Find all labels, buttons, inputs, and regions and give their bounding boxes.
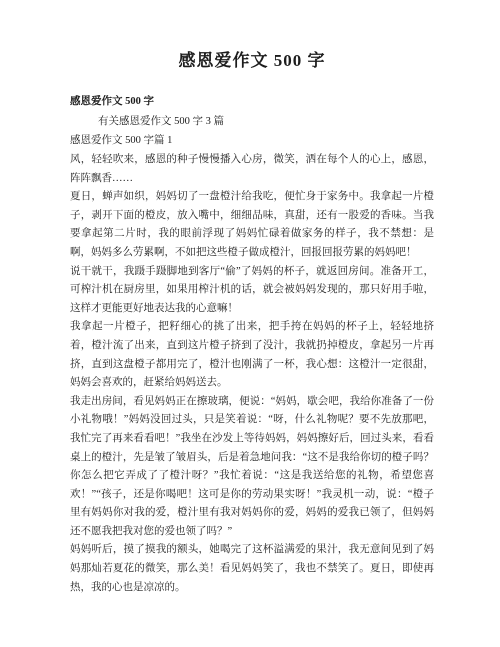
paragraph-1: 风，轻轻吹来，感恩的种子慢慢播入心房，微笑，洒在每个人的心上，感恩，阵阵飘香…… — [70, 151, 434, 188]
document-title: 感恩爱作文 500 字 — [70, 50, 434, 72]
paragraph-3: 说干就干，我蹑手蹑脚地到客厅“偷”了妈妈的杯子，就返回房间。准备开工，可榨汁机在… — [70, 263, 434, 319]
section-title: 感恩爱作文 500 字篇 1 — [70, 131, 434, 150]
paragraph-5: 我走出房间，看见妈妈正在擦玻璃，便说：“妈妈，歇会吧，我给你准备了一份小礼物哦！… — [70, 393, 434, 542]
document-heading: 感恩爱作文 500 字 — [70, 92, 434, 112]
paragraph-2: 夏日，蝉声如织，妈妈切了一盘橙汁给我吃，便忙身于家务中。我拿起一片橙子，剥开下面… — [70, 188, 434, 262]
document-page: 感恩爱作文 500 字 感恩爱作文 500 字 有关感恩爱作文 500 字 3 … — [0, 0, 500, 647]
paragraph-4: 我拿起一片橙子，把籽细心的挑了出来，把手挎在妈妈的杯子上，轻轻地挤着，橙汁流了出… — [70, 318, 434, 392]
document-subheading: 有关感恩爱作文 500 字 3 篇 — [70, 112, 434, 131]
paragraph-6: 妈妈听后，摸了摸我的额头，她喝完了这杯溢满爱的果汁，我无意间见到了妈妈那灿若夏花… — [70, 541, 434, 597]
